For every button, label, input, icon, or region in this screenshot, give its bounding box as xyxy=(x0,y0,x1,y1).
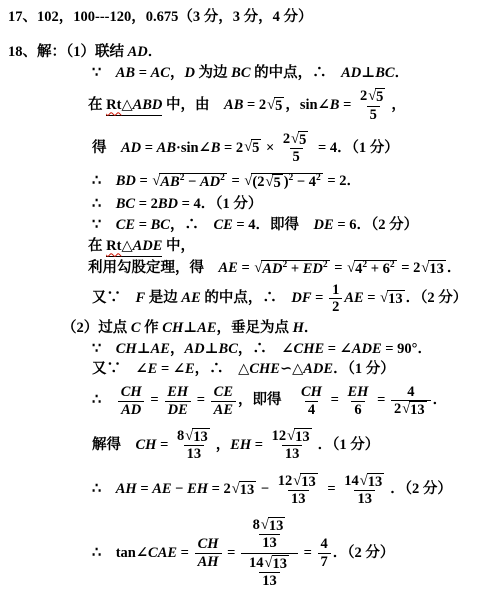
math-variable: CH xyxy=(162,319,183,338)
superscript: 2 xyxy=(323,260,328,270)
math-variable: AD xyxy=(184,340,204,359)
text-run: ． xyxy=(447,259,462,278)
text-run: 13 xyxy=(388,291,403,307)
text-run: 13 xyxy=(357,491,372,507)
fraction: CHAH xyxy=(195,536,222,569)
text-run: 的中点，∴ xyxy=(201,289,292,308)
underlined-group: Rt△ABD xyxy=(106,96,162,116)
fraction-numerator: CE xyxy=(211,384,236,400)
radicand: 13 xyxy=(409,401,427,418)
radicand: 5 xyxy=(251,139,261,156)
text-run: 13 xyxy=(429,261,444,277)
math-variable: EH xyxy=(347,384,368,400)
text-run: 2 xyxy=(394,401,401,417)
text-run: 5 xyxy=(273,175,280,191)
math-variable: DE xyxy=(168,402,188,418)
fraction: 2√55 xyxy=(280,131,312,165)
radicand: 13 xyxy=(428,260,446,277)
math-variable: AE xyxy=(151,340,170,359)
math-variable: ED xyxy=(303,261,323,277)
text-run: 18、解：（1）联结 xyxy=(8,43,128,62)
fraction-numerator: 12√13 xyxy=(269,428,316,445)
radicand: 5 xyxy=(298,131,308,148)
text-run: = xyxy=(177,544,193,563)
radicand: 13 xyxy=(239,481,257,498)
fraction: 8√1313 xyxy=(250,517,290,551)
text-run: ∴ xyxy=(92,172,116,191)
text-run: = xyxy=(224,544,240,563)
text-run: ∴ xyxy=(92,391,116,410)
text-run: ．（2 分） xyxy=(406,289,468,308)
math-variable: AE xyxy=(219,259,238,278)
radical: √13 xyxy=(293,473,317,490)
text-run: ∽△ xyxy=(280,360,303,379)
text-run: 13 xyxy=(410,402,425,418)
fraction: 12√1313 xyxy=(275,473,322,507)
text-run: = 2 xyxy=(243,96,266,115)
fraction-numerator: CH xyxy=(118,384,145,400)
text-run: ∵ xyxy=(92,340,116,359)
radicand: 42 + 62 xyxy=(354,260,397,277)
fraction: 8√1313 xyxy=(174,428,214,462)
document-line: ∴ CHAD = EHDE = CEAE，即得 CH4 = EH6 = 42√1… xyxy=(92,383,504,419)
text-run: ⊥ xyxy=(137,340,151,359)
text-run: 14 xyxy=(249,555,264,571)
text-run: = xyxy=(364,289,380,308)
text-run: = xyxy=(251,436,267,455)
radicand: 13 xyxy=(294,428,312,445)
text-run: = xyxy=(156,436,172,455)
document-line: 18、解：（1）联结 AD． xyxy=(8,43,504,62)
math-variable: CH xyxy=(198,536,219,552)
text-run: 2 xyxy=(283,131,290,147)
radical: √13 xyxy=(287,428,311,445)
text-run: ·sin∠ xyxy=(176,139,211,158)
math-variable: CHE xyxy=(294,340,325,359)
text-run: ，即得 xyxy=(238,391,296,410)
text-run: = xyxy=(141,139,157,158)
text-run: = xyxy=(137,480,153,499)
math-variable: E xyxy=(148,360,158,379)
text-run: = xyxy=(331,259,347,278)
fraction-numerator: 2√5 xyxy=(357,88,389,105)
math-variable: AB xyxy=(157,139,176,158)
radicand: 13 xyxy=(387,290,405,307)
text-run: 4 xyxy=(407,384,414,400)
fraction-numerator: EH xyxy=(344,384,371,400)
text-run: 1 xyxy=(332,282,339,298)
radicand: (2√5)2 − 42 xyxy=(251,173,322,191)
text-run: = xyxy=(238,259,254,278)
math-variable: ADE xyxy=(303,360,333,379)
radical: √5 xyxy=(291,131,308,148)
math-variable: EH xyxy=(187,480,208,499)
math-variable: B xyxy=(330,96,340,115)
text-run: ， xyxy=(216,436,231,455)
text-run: = xyxy=(193,391,209,410)
text-run: 13 xyxy=(285,446,300,462)
text-run: − xyxy=(257,480,273,499)
fraction-numerator: 1 xyxy=(329,282,342,298)
radical: √5 xyxy=(244,139,261,156)
math-variable: AC xyxy=(151,64,170,83)
text-run: ∵ xyxy=(92,64,116,83)
fraction-denominator: 13 xyxy=(282,445,303,462)
fraction-denominator: AD xyxy=(118,401,144,418)
math-variable: AD xyxy=(121,139,141,158)
text-run: ，∴ xyxy=(170,216,214,235)
document-line: 得 AD = AB·sin∠B = 2√5 × 2√55 = 4．（1 分） xyxy=(92,130,504,166)
text-run: = xyxy=(373,391,389,410)
document-line: ∴ BD = √AB2 − AD2 = √(2√5)2 − 42 = 2． xyxy=(92,172,504,191)
fraction-denominator: 2√13 xyxy=(391,400,431,418)
text-run: − 4 xyxy=(293,174,316,190)
math-variable: BD xyxy=(158,195,178,214)
text-run: 解得 xyxy=(92,436,136,455)
document-line: 又∵ F 是边 AE 的中点，∴ DF = 12AE = √13．（2 分） xyxy=(92,281,504,316)
fraction-denominator: 13 xyxy=(259,534,280,551)
document-line: ∴ tan∠CAE = CHAH = 8√131314√1313 = 47．（2… xyxy=(92,515,504,591)
text-run: Rt xyxy=(106,96,121,115)
document-line: ∵ AB = AC，D 为边 BC 的中点，∴ AD⊥BC． xyxy=(92,64,504,83)
text-run: × xyxy=(262,139,278,158)
text-run: − xyxy=(184,174,200,190)
text-run: = 2 xyxy=(135,195,158,214)
text-run: 5 xyxy=(275,98,282,114)
text-run: ，∴ △ xyxy=(195,360,250,379)
document-line: 解得 CH = 8√1313，EH = 12√1313．（1 分） xyxy=(92,427,504,463)
text-run: ．（2 分） xyxy=(390,480,452,499)
document-line: 又∵ ∠E = ∠E，∴ △CHE∽△ADE．（1 分） xyxy=(92,360,504,379)
text-run: △ xyxy=(121,96,132,115)
text-run: ，∴ ∠ xyxy=(238,340,294,359)
text-run: = xyxy=(300,544,316,563)
radical: √5 xyxy=(368,88,385,105)
radicand: 5 xyxy=(272,174,282,191)
math-variable: EH xyxy=(167,384,188,400)
math-variable: AB xyxy=(116,64,135,83)
text-run: 8 xyxy=(177,428,184,444)
text-run: ∵ xyxy=(92,216,116,235)
text-run: 13 xyxy=(262,535,277,551)
math-variable: CHE xyxy=(249,360,280,379)
text-run: 又∵ xyxy=(92,289,136,308)
fraction-numerator: 4 xyxy=(404,384,417,400)
math-variable: C xyxy=(131,319,141,338)
text-run: 13 xyxy=(368,474,383,490)
fraction-numerator: 14√13 xyxy=(341,473,388,490)
fraction-denominator: 5 xyxy=(290,148,303,165)
fraction: 42√13 xyxy=(391,384,431,418)
fraction-numerator: 4 xyxy=(318,536,331,552)
math-variable: AE xyxy=(197,319,216,338)
document-line: ∵ CE = BC，∴ CE = 4．即得 DE = 6．（2 分） xyxy=(92,216,504,235)
math-variable: AD xyxy=(341,64,361,83)
text-run: = 2． xyxy=(324,172,361,191)
text-run: = 4．（1 分） xyxy=(178,195,262,214)
text-run: 13 xyxy=(291,491,306,507)
math-variable: AE xyxy=(214,402,233,418)
fraction-denominator: 2 xyxy=(329,298,342,315)
math-variable: CH xyxy=(301,384,322,400)
document-line: 17、102，100---120，0.675（3 分，3 分，4 分） xyxy=(8,8,504,27)
text-run: 13 xyxy=(295,429,310,445)
radical: √13 xyxy=(265,555,289,572)
text-run: = xyxy=(135,216,151,235)
fraction: 12√1313 xyxy=(269,428,316,462)
text-run: （2）过点 xyxy=(62,319,131,338)
radicand: 5 xyxy=(375,88,385,105)
math-variable: BC xyxy=(219,340,238,359)
fraction-denominator: 5 xyxy=(367,106,380,123)
text-run: ，垂足为点 xyxy=(217,319,293,338)
radical: √13 xyxy=(402,401,426,418)
math-variable: E xyxy=(185,360,195,379)
text-run: = xyxy=(135,64,151,83)
text-run: 7 xyxy=(321,554,328,570)
text-run: 是边 xyxy=(145,289,181,308)
text-run: ， xyxy=(391,96,406,115)
math-variable: CH xyxy=(121,384,142,400)
radical: √13 xyxy=(360,473,384,490)
fraction-denominator: 7 xyxy=(318,553,331,570)
text-run: ⊥ xyxy=(183,319,197,338)
fraction-denominator: 13 xyxy=(288,490,309,507)
math-variable: DE xyxy=(314,216,334,235)
text-run: 为边 xyxy=(195,64,231,83)
math-variable: AD xyxy=(200,174,220,190)
underlined-group: Rt△ADE xyxy=(106,237,162,257)
text-run: ．（1 分） xyxy=(333,360,395,379)
fraction: CEAE xyxy=(211,384,236,417)
fraction: EH6 xyxy=(344,384,371,417)
math-variable: AH xyxy=(198,554,219,570)
fraction-denominator: AH xyxy=(195,553,222,570)
fraction-denominator: AE xyxy=(211,401,236,418)
text-run: + 6 xyxy=(367,261,390,277)
fraction-numerator: 12√13 xyxy=(275,473,322,490)
text-run: = xyxy=(312,289,328,308)
math-variable: AE xyxy=(181,289,200,308)
fraction-denominator: 13 xyxy=(354,490,375,507)
text-run: = xyxy=(228,172,244,191)
math-variable: BC xyxy=(231,64,250,83)
text-run: 5 xyxy=(252,140,259,156)
document-line: ∵ CH⊥AE，AD⊥BC，∴ ∠CHE = ∠ADE = 90°． xyxy=(92,340,504,359)
text-run: 4 xyxy=(321,536,328,552)
text-run: ∴ xyxy=(92,195,116,214)
document-line: （2）过点 C 作 CH⊥AE，垂足为点 H． xyxy=(62,319,504,338)
text-run: ．（2 分） xyxy=(333,544,395,563)
math-variable: BC xyxy=(151,216,170,235)
fraction: 47 xyxy=(318,536,331,569)
math-variable: BD xyxy=(116,172,136,191)
text-run: 5 xyxy=(370,107,377,123)
fraction-denominator: 13 xyxy=(259,572,280,589)
text-run: = 4．即得 xyxy=(233,216,314,235)
math-variable: BC xyxy=(116,195,135,214)
text-run: = 4．（1 分） xyxy=(314,139,398,158)
text-run: ⊥ xyxy=(361,64,375,83)
document-line: ∴ BC = 2BD = 4．（1 分） xyxy=(92,195,504,214)
text-run: 12 xyxy=(272,428,287,444)
fraction: 12 xyxy=(329,282,342,315)
math-variable: D xyxy=(184,64,194,83)
text-run: (2 xyxy=(252,174,264,190)
text-run: 13 xyxy=(262,573,277,589)
text-run: ． xyxy=(433,391,448,410)
math-variable: B xyxy=(211,139,221,158)
math-variable: H xyxy=(293,319,304,338)
math-variable: ABD xyxy=(133,96,163,115)
text-run: 得 xyxy=(92,139,121,158)
fraction-denominator: 4 xyxy=(305,401,318,418)
math-variable: DF xyxy=(291,289,311,308)
text-run: 2 xyxy=(360,88,367,104)
radical: √13 xyxy=(261,517,285,534)
text-run: = ∠ xyxy=(324,340,352,359)
radicand: 13 xyxy=(268,517,286,534)
fraction: 8√131314√1313 xyxy=(241,516,298,590)
text-run: − xyxy=(172,480,188,499)
text-run: = 90°． xyxy=(382,340,432,359)
superscript: 2 xyxy=(220,173,225,183)
math-variable: CE xyxy=(116,216,135,235)
fraction-denominator: 13 xyxy=(184,445,205,462)
radical: √13 xyxy=(232,481,256,498)
text-run: = xyxy=(324,480,340,499)
document-line: 利用勾股定理，得 AE = √AD2 + ED2 = √42 + 62 = 2√… xyxy=(88,259,504,278)
text-run: 17、102，100---120，0.675（3 分，3 分，4 分） xyxy=(8,8,313,27)
text-run: ．（1 分） xyxy=(318,436,380,455)
math-variable: CE xyxy=(214,384,233,400)
text-run: + xyxy=(287,261,303,277)
text-run: ∴ xyxy=(92,480,116,499)
math-variable: CH xyxy=(136,436,157,455)
radical: √13 xyxy=(380,290,404,307)
text-run: 13 xyxy=(187,446,202,462)
radicand: 13 xyxy=(367,473,385,490)
fraction-denominator: DE xyxy=(165,401,191,418)
superscript: 2 xyxy=(316,173,321,183)
radical: √5 xyxy=(267,97,284,114)
math-variable: AE xyxy=(344,289,363,308)
text-run: △ xyxy=(121,237,132,256)
radicand: 5 xyxy=(274,97,284,114)
math-variable: BC xyxy=(375,64,394,83)
text-run: = xyxy=(147,391,163,410)
math-variable: CH xyxy=(116,340,137,359)
document-line: 在 Rt△ABD 中，由 AB = 2√5，sin∠B = 2√55， xyxy=(88,87,504,123)
text-run: ． xyxy=(304,319,319,338)
text-run: 5 xyxy=(293,149,300,165)
text-run: ， xyxy=(170,64,185,83)
fraction-numerator: CH xyxy=(195,536,222,552)
fraction-numerator: EH xyxy=(164,384,191,400)
fraction-numerator: 2√5 xyxy=(280,131,312,148)
text-run: = ∠ xyxy=(157,360,185,379)
math-variable: CAE xyxy=(148,544,177,563)
radical: √13 xyxy=(421,260,445,277)
text-run: ． xyxy=(148,43,163,62)
fraction-numerator: 14√13 xyxy=(246,555,293,572)
fraction: CHAD xyxy=(118,384,145,417)
text-run: = xyxy=(136,172,152,191)
text-run: ． xyxy=(395,64,410,83)
radicand: AB2 − AD2 xyxy=(159,173,227,190)
document-page: 17、102，100---120，0.675（3 分，3 分，4 分）18、解：… xyxy=(0,0,504,595)
document-line: 在 Rt△ADE 中， xyxy=(88,237,504,257)
fraction: 2√55 xyxy=(357,88,389,122)
math-variable: AB xyxy=(160,174,179,190)
math-variable: AB xyxy=(224,96,243,115)
text-run: 2 xyxy=(332,299,339,315)
text-run: = 6．（2 分） xyxy=(334,216,418,235)
radicand: AD2 + ED2 xyxy=(261,260,329,277)
math-variable: ADE xyxy=(133,237,163,256)
text-run: 的中点，∴ xyxy=(251,64,342,83)
fraction-numerator: 8√1313 xyxy=(245,516,295,552)
text-run: = xyxy=(327,391,343,410)
text-run: 8 xyxy=(253,517,260,533)
document-body: 17、102，100---120，0.675（3 分，3 分，4 分）18、解：… xyxy=(0,8,504,591)
superscript: 2 xyxy=(390,260,395,270)
fraction: 14√1313 xyxy=(341,473,388,507)
radicand: 13 xyxy=(192,428,210,445)
math-variable: AD xyxy=(262,261,282,277)
math-variable: AD xyxy=(121,402,141,418)
radicand: 13 xyxy=(300,473,318,490)
fraction-numerator: CH xyxy=(298,384,325,400)
text-run: = 2 xyxy=(220,139,243,158)
text-run: 13 xyxy=(269,518,284,534)
text-run: 6 xyxy=(354,402,361,418)
fraction-numerator: 8√13 xyxy=(250,517,290,534)
text-run: 13 xyxy=(240,482,255,498)
text-run: 14 xyxy=(344,473,359,489)
radical: √(2√5)2 − 42 xyxy=(244,173,322,191)
fraction: 14√1313 xyxy=(246,555,293,589)
radicand: 13 xyxy=(272,555,290,572)
math-variable: AH xyxy=(116,480,137,499)
math-variable: EH xyxy=(230,436,251,455)
text-run: 13 xyxy=(273,556,288,572)
text-run: 作 xyxy=(141,319,163,338)
text-run: 中， xyxy=(162,237,195,256)
text-run: 12 xyxy=(278,473,293,489)
text-run: 13 xyxy=(193,429,208,445)
math-variable: CE xyxy=(213,216,232,235)
text-run: = 2 xyxy=(398,259,421,278)
text-run: 在 xyxy=(88,237,106,256)
text-run: = xyxy=(339,96,355,115)
math-variable: AD xyxy=(128,43,148,62)
math-variable: F xyxy=(136,289,146,308)
text-run: Rt xyxy=(106,237,121,256)
text-run: = 2 xyxy=(208,480,231,499)
fraction-numerator: 8√13 xyxy=(174,428,214,445)
math-variable: ADE xyxy=(352,340,382,359)
text-run: ， xyxy=(170,340,185,359)
text-run: 4 xyxy=(308,402,315,418)
text-run: 13 xyxy=(301,474,316,490)
text-run: 中，由 xyxy=(162,96,224,115)
fraction-denominator: 6 xyxy=(351,401,364,418)
math-variable: AE xyxy=(152,480,171,499)
radical: √AB2 − AD2 xyxy=(152,173,226,190)
text-run: 5 xyxy=(376,89,383,105)
text-run: 又∵ ∠ xyxy=(92,360,148,379)
